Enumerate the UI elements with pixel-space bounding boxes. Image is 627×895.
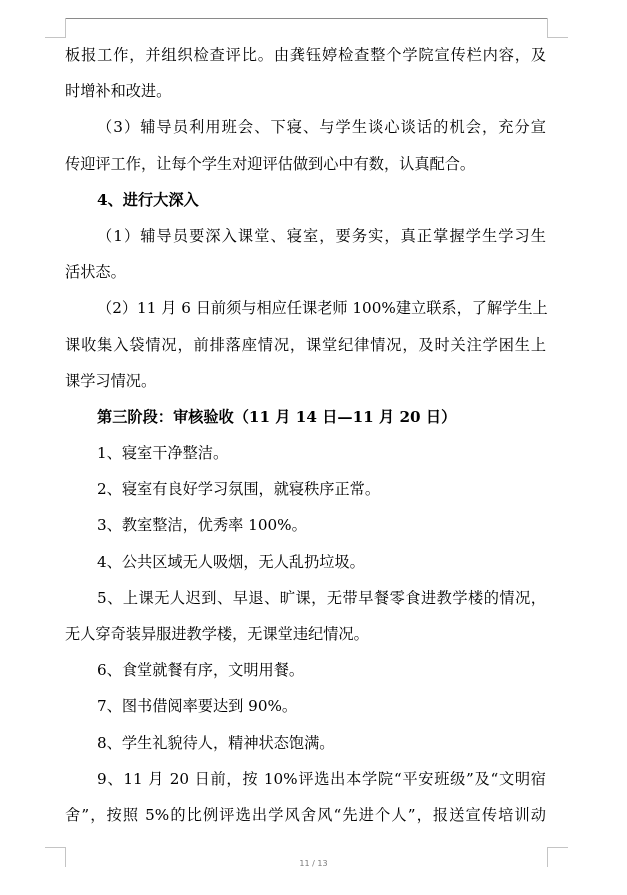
text-line: （2）11 月 6 日前须与相应任课老师 100%建立联系，了解学生上: [65, 290, 546, 326]
section-heading-line: 第三阶段：审核验收（11 月 14 日—11 月 20 日）: [65, 399, 546, 435]
text-line: 无人穿奇装异服进教学楼，无课堂违纪情况。: [65, 616, 546, 652]
top-right-corner-vertical: [547, 18, 548, 38]
top-left-corner-vertical: [65, 18, 66, 38]
top-margin-border: [65, 18, 548, 19]
text-line: 板报工作，并组织检查评比。由龚钰婷检查整个学院宣传栏内容，及: [65, 37, 546, 73]
text-line: 舍”，按照 5%的比例评选出学风舍风“先进个人”，报送宣传培训动: [65, 797, 546, 833]
text-line: 7、图书借阅率要达到 90%。: [65, 688, 546, 724]
text-line: 5、上课无人迟到、早退、旷课，无带早餐零食进教学楼的情况，: [65, 580, 546, 616]
bottom-right-corner-horizontal: [547, 847, 568, 848]
text-line: 传迎评工作，让每个学生对迎评估做到心中有数，认真配合。: [65, 146, 546, 182]
text-line: 8、学生礼貌待人，精神状态饱满。: [65, 725, 546, 761]
page-number: 11 / 13: [0, 859, 627, 868]
text-line: （3）辅导员利用班会、下寝、与学生谈心谈话的机会，充分宣: [65, 109, 546, 145]
text-line: （1）辅导员要深入课堂、寝室，要务实，真正掌握学生学习生: [65, 218, 546, 254]
text-line: 2、寝室有良好学习氛围，就寝秩序正常。: [65, 471, 546, 507]
text-line: 6、食堂就餐有序，文明用餐。: [65, 652, 546, 688]
text-line: 3、教室整洁，优秀率 100%。: [65, 507, 546, 543]
top-left-corner-horizontal: [45, 37, 66, 38]
top-right-corner-horizontal: [547, 37, 568, 38]
bottom-left-corner-horizontal: [45, 847, 66, 848]
text-line: 9、11 月 20 日前，按 10%评选出本学院“平安班级”及“文明宿: [65, 761, 546, 797]
text-line: 课学习情况。: [65, 363, 546, 399]
document-body: 板报工作，并组织检查评比。由龚钰婷检查整个学院宣传栏内容，及时增补和改进。（3）…: [65, 37, 546, 833]
text-line: 课收集入袋情况，前排落座情况，课堂纪律情况，及时关注学困生上: [65, 327, 546, 363]
text-line: 1、寝室干净整洁。: [65, 435, 546, 471]
section-heading-line: 4、进行大深入: [65, 182, 546, 218]
text-line: 4、公共区域无人吸烟，无人乱扔垃圾。: [65, 544, 546, 580]
text-line: 时增补和改进。: [65, 73, 546, 109]
text-line: 活状态。: [65, 254, 546, 290]
